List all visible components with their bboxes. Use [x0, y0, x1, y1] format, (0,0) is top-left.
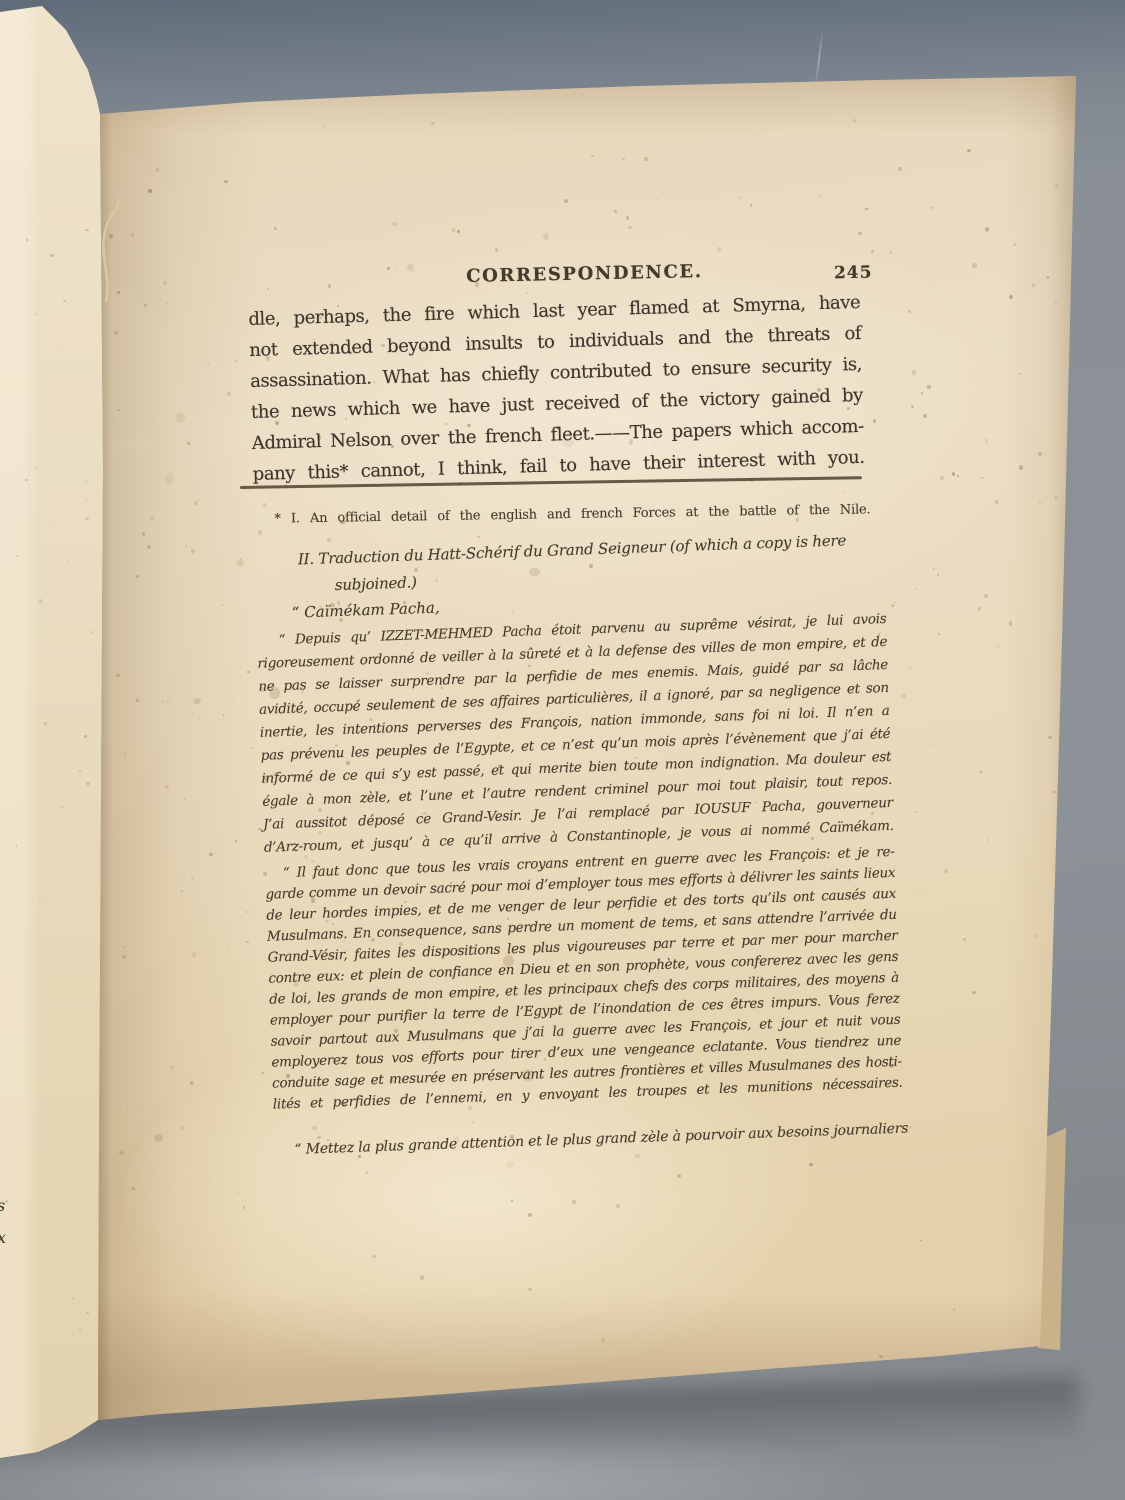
- body-text: dle, perhaps, the fire which last year f…: [248, 287, 865, 490]
- margin-ink-mark: s: [0, 1196, 5, 1215]
- book-photo: { "photo": { "subject": "open antique bo…: [0, 0, 1125, 1500]
- footnote-closing-line: “ Mettez la plus grande attention et le …: [274, 1120, 908, 1158]
- footnote-salutation: “ Caïmékam Pacha,: [255, 599, 439, 623]
- footnotes: * I. An official detail of the english a…: [252, 484, 906, 1206]
- page-number: 245: [834, 263, 873, 284]
- running-head: CORRESPONDENCE.: [466, 261, 703, 287]
- footnote-paragraph-2: “ Il faut donc que tous les vrais croyan…: [264, 842, 902, 1116]
- margin-ink-mark: x: [0, 1228, 6, 1247]
- footnote-item-1: * I. An official detail of the english a…: [252, 502, 870, 527]
- photo-background: s x CORRESPONDENCE. 245 dle, perhaps, th…: [0, 0, 1125, 1500]
- book-page: CORRESPONDENCE. 245 dle, perhaps, the fi…: [0, 0, 1125, 1500]
- footnote-paragraph-1: “ Depuis qu’ IZZET-MEHMED Pacha étoit pa…: [256, 608, 894, 860]
- dust-hair: [814, 28, 824, 90]
- footnote-item-2: II. Traduction du Hatt-Schérif du Grand …: [253, 526, 885, 602]
